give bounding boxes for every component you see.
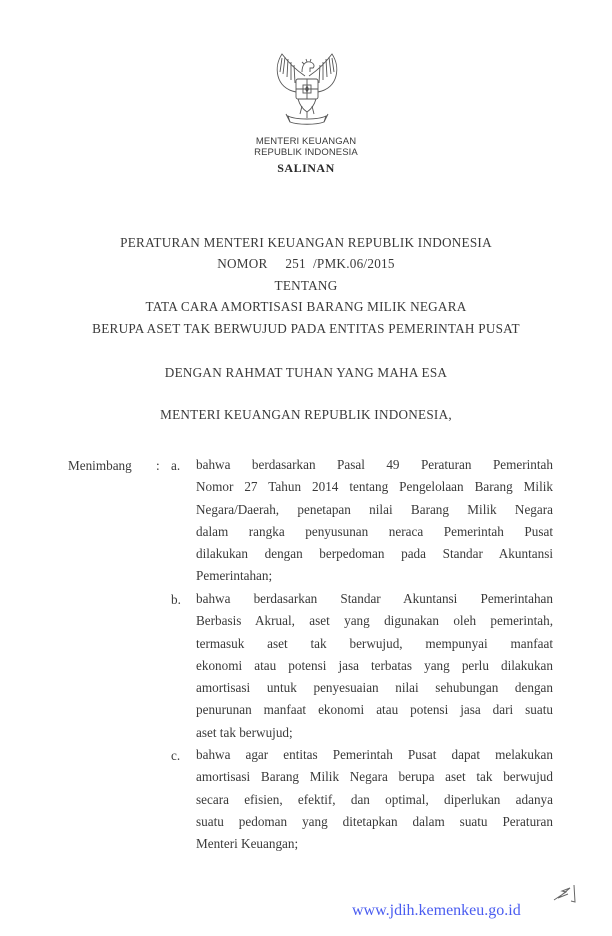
item-a-line: Nomor 27 Tahun 2014 tentang Pengelolaan … xyxy=(196,476,553,498)
website-link[interactable]: www.jdih.kemenkeu.go.id xyxy=(352,902,521,920)
menimbang-colon: : xyxy=(156,458,160,474)
institution-line-1: MENTERI KEUANGAN xyxy=(0,136,612,147)
item-c-line: Menteri Keuangan; xyxy=(196,833,553,855)
menimbang-item-b: bahwa berdasarkan Standar Akuntansi Peme… xyxy=(196,588,553,744)
menimbang-item-c: bahwa agar entitas Pemerintah Pusat dapa… xyxy=(196,744,553,855)
item-letter-a: a. xyxy=(171,458,180,474)
regulation-title: PERATURAN MENTERI KEUANGAN REPUBLIK INDO… xyxy=(0,235,612,251)
item-a-line: bahwa berdasarkan Pasal 49 Peraturan Pem… xyxy=(196,454,553,476)
item-letter-b: b. xyxy=(171,592,181,608)
menimbang-label: Menimbang xyxy=(68,458,132,474)
regulation-subject-line-2: BERUPA ASET TAK BERWUJUD PADA ENTITAS PE… xyxy=(0,321,612,337)
item-c-line: suatu pedoman yang ditetapkan dalam suat… xyxy=(196,811,553,833)
garuda-emblem-icon xyxy=(266,50,348,132)
authority-line: MENTERI KEUANGAN REPUBLIK INDONESIA, xyxy=(0,407,612,423)
item-a-line: Pemerintahan; xyxy=(196,565,553,587)
regulation-subject-line-1: TATA CARA AMORTISASI BARANG MILIK NEGARA xyxy=(0,299,612,315)
item-b-line: termasuk aset tak berwujud, mempunyai ma… xyxy=(196,633,553,655)
regulation-number: NOMOR 251 /PMK.06/2015 xyxy=(0,256,612,272)
item-c-line: secara efisien, efektif, dan optimal, di… xyxy=(196,789,553,811)
item-b-line: amortisasi untuk penyesuaian nilai sehub… xyxy=(196,677,553,699)
item-b-line: ekonomi atau potensi jasa terbatas yang … xyxy=(196,655,553,677)
tentang-label: TENTANG xyxy=(0,278,612,294)
item-letter-c: c. xyxy=(171,748,180,764)
invocation: DENGAN RAHMAT TUHAN YANG MAHA ESA xyxy=(0,365,612,381)
item-c-line: bahwa agar entitas Pemerintah Pusat dapa… xyxy=(196,744,553,766)
item-b-line: bahwa berdasarkan Standar Akuntansi Peme… xyxy=(196,588,553,610)
menimbang-item-a: bahwa berdasarkan Pasal 49 Peraturan Pem… xyxy=(196,454,553,588)
item-a-line: dilakukan dengan berpedoman pada Standar… xyxy=(196,543,553,565)
institution-line-2: REPUBLIK INDONESIA xyxy=(0,147,612,158)
item-b-line: aset tak berwujud; xyxy=(196,722,553,744)
salinan-stamp: SALINAN xyxy=(0,161,612,176)
paraf-signature-icon xyxy=(552,882,584,908)
item-b-line: Berbasis Akrual, aset yang digunakan ole… xyxy=(196,610,553,632)
item-a-line: Negara/Daerah, penetapan nilai Barang Mi… xyxy=(196,499,553,521)
item-a-line: dalam rangka penyusunan neraca Pemerinta… xyxy=(196,521,553,543)
item-b-line: penurunan manfaat ekonomi atau potensi j… xyxy=(196,699,553,721)
item-c-line: amortisasi Barang Milik Negara berupa as… xyxy=(196,766,553,788)
